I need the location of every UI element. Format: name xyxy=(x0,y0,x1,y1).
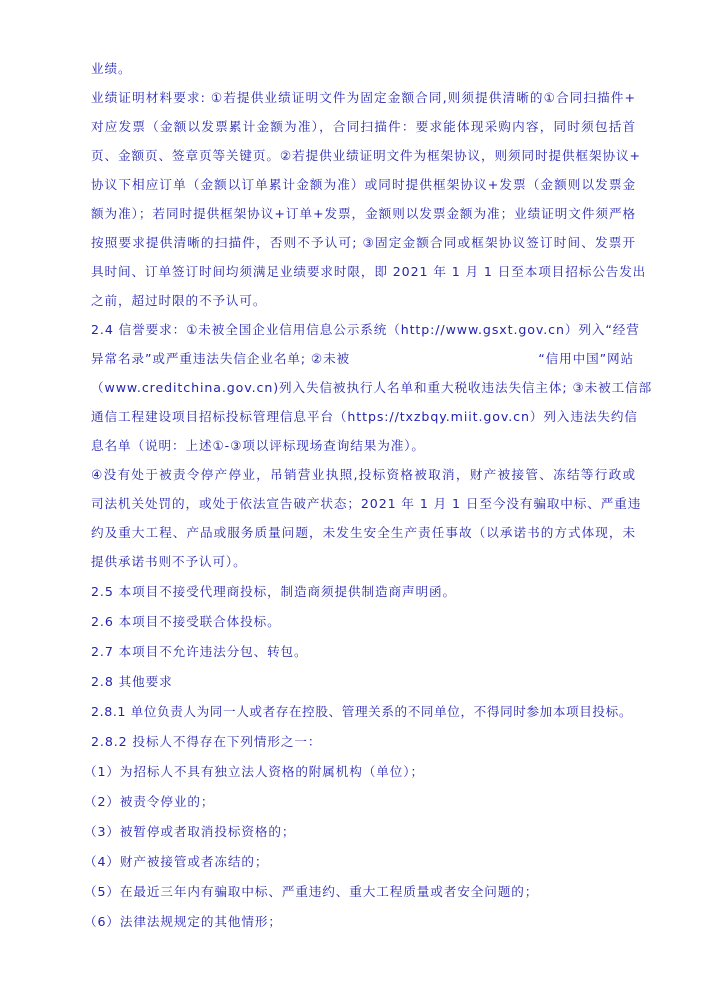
paragraph-line: 提供承诺书则不予认可）。 xyxy=(91,552,636,572)
paragraph-line: 协议下相应订单（金额以订单累计金额为准）或同时提供框架协议+发票（金额则以发票金 xyxy=(91,175,636,195)
paragraph-line: 之前，超过时限的不予认可。 xyxy=(91,291,636,311)
document-page: 业绩。 业绩证明材料要求: ①若提供业绩证明文件为固定金额合同,则须提供清晰的①… xyxy=(0,0,711,1006)
section-2-5: 2.5 本项目不接受代理商投标，制造商须提供制造商声明函。 xyxy=(91,582,636,602)
paragraph-line: 业绩证明材料要求: ①若提供业绩证明文件为固定金额合同,则须提供清晰的①合同扫描… xyxy=(91,88,636,108)
list-item: （6）法律法规规定的其他情形； xyxy=(84,912,629,932)
list-item: （2）被责令停业的； xyxy=(84,792,629,812)
paragraph-line: 业绩。 xyxy=(91,59,636,79)
list-item: （3）被暂停或者取消投标资格的； xyxy=(84,822,629,842)
section-2-8-2: 2.8.2 投标人不得存在下列情形之一： xyxy=(91,732,636,752)
line-segment-left: 异常名录”或严重违法失信企业名单; ②未被 xyxy=(91,349,350,369)
paragraph-line: 页、金额页、签章页等关键页。②若提供业绩证明文件为框架协议，则须同时提供框架协议… xyxy=(91,146,636,166)
list-item: （1）为招标人不具有独立法人资格的附属机构（单位）； xyxy=(84,762,629,782)
paragraph-line: 按照要求提供清晰的扫描件，否则不予认可; ③固定金额合同或框架协议签订时间、发票… xyxy=(91,233,636,253)
paragraph-line: 司法机关处罚的，或处于依法宣告破产状态；2021 年 1 月 1 日至今没有骗取… xyxy=(91,494,636,514)
credit-requirement-heading: 2.4 信誉要求：①未被全国企业信用信息公示系统（http://www.gsxt… xyxy=(91,320,636,340)
paragraph-line: 对应发票（金额以发票累计金额为准），合同扫描件：要求能体现采购内容，同时须包括首 xyxy=(91,117,636,137)
paragraph-line: 约及重大工程、产品或服务质量问题，未发生安全生产责任事故（以承诺书的方式体现，未 xyxy=(91,523,636,543)
paragraph-line: 息名单（说明：上述①-③项以评标现场查询结果为准）。 xyxy=(91,436,636,456)
paragraph-line: 额为准）；若同时提供框架协议+订单+发票，金额则以发票金额为准；业绩证明文件须严… xyxy=(91,204,636,224)
list-item: （5）在最近三年内有骗取中标、严重违约、重大工程质量或者安全问题的； xyxy=(84,882,629,902)
section-2-8-heading: 2.8 其他要求 xyxy=(91,672,636,692)
paragraph-line: ④没有处于被责令停产停业，吊销营业执照,投标资格被取消，财产被接管、冻结等行政或 xyxy=(91,465,636,485)
paragraph-line: 通信工程建设项目招标投标管理信息平台（https://txzbqy.miit.g… xyxy=(91,407,636,427)
list-item: （4）财产被接管或者冻结的； xyxy=(84,852,629,872)
paragraph-line: （www.creditchina.gov.cn)列入失信被执行人名单和重大税收违… xyxy=(91,378,636,398)
line-segment-right: “信用中国”网站 xyxy=(538,349,634,369)
paragraph-line: 异常名录”或严重违法失信企业名单; ②未被 “信用中国”网站 xyxy=(91,349,636,369)
section-2-7: 2.7 本项目不允许违法分包、转包。 xyxy=(91,642,636,662)
paragraph-line: 具时间、订单签订时间均须满足业绩要求时限，即 2021 年 1 月 1 日至本项… xyxy=(91,262,636,282)
section-2-6: 2.6 本项目不接受联合体投标。 xyxy=(91,612,636,632)
section-2-8-1: 2.8.1 单位负责人为同一人或者存在控股、管理关系的不同单位，不得同时参加本项… xyxy=(91,702,651,722)
